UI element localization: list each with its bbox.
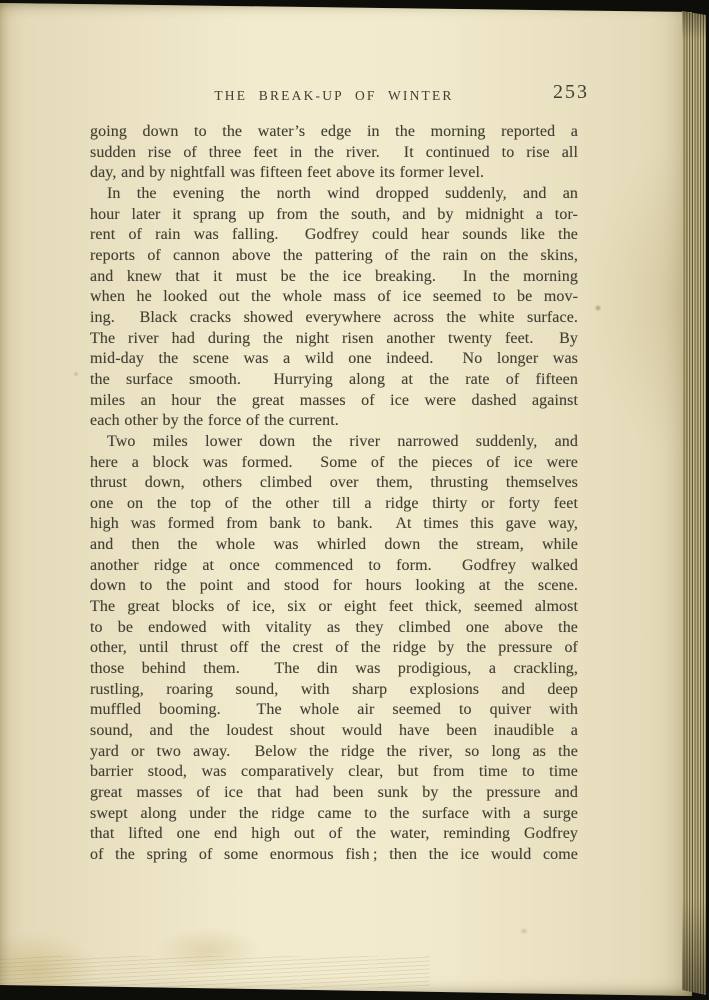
text-line: day, and by nightfall was fifteen feet a… bbox=[90, 163, 578, 184]
running-title: THE BREAK-UP OF WINTER bbox=[214, 88, 453, 104]
text-line: miles an hour the great masses of ice we… bbox=[90, 391, 578, 412]
text-line: The river had during the night risen ano… bbox=[90, 329, 578, 350]
text-line: going down to the water’s edge in the mo… bbox=[90, 122, 578, 143]
page-bottom-edges bbox=[0, 956, 430, 988]
text-line: when he looked out the whole mass of ice… bbox=[90, 287, 578, 308]
text-line: those behind them. The din was prodigiou… bbox=[90, 659, 578, 680]
text-line: thrust down, others climbed over them, t… bbox=[90, 473, 578, 494]
text-line: reports of cannon above the pattering of… bbox=[90, 246, 578, 267]
text-line: swept along under the ridge came to the … bbox=[90, 804, 578, 825]
text-line: yard or two away. Below the ridge the ri… bbox=[90, 742, 578, 763]
text-line: In the evening the north wind dropped su… bbox=[90, 184, 578, 205]
text-line: down to the point and stood for hours lo… bbox=[90, 576, 578, 597]
text-line: rent of rain was falling. Godfrey could … bbox=[90, 225, 578, 246]
text-line: The great blocks of ice, six or eight fe… bbox=[90, 597, 578, 618]
text-line: ing. Black cracks showed everywhere acro… bbox=[90, 308, 578, 329]
text-line: great masses of ice that had been sunk b… bbox=[90, 783, 578, 804]
text-line: other, until thrust off the crest of the… bbox=[90, 638, 578, 659]
page-header: THE BREAK-UP OF WINTER 253 bbox=[90, 84, 578, 108]
text-line: to be endowed with vitality as they clim… bbox=[90, 618, 578, 639]
text-line: rustling, roaring sound, with sharp expl… bbox=[90, 680, 578, 701]
text-line: muffled booming. The whole air seemed to… bbox=[90, 700, 578, 721]
text-line: hour later it sprang up from the south, … bbox=[90, 205, 578, 226]
page-fore-edge bbox=[682, 0, 706, 1000]
text-line: the surface smooth. Hurrying along at th… bbox=[90, 370, 578, 391]
text-line: mid-day the scene was a wild one indeed.… bbox=[90, 349, 578, 370]
text-line: each other by the force of the current. bbox=[90, 411, 578, 432]
book-page: THE BREAK-UP OF WINTER 253 going down to… bbox=[0, 0, 692, 1000]
text-line: here a block was formed. Some of the pie… bbox=[90, 453, 578, 474]
text-line: sudden rise of three feet in the river. … bbox=[90, 143, 578, 164]
text-line: sound, and the loudest shout would have … bbox=[90, 721, 578, 742]
text-line: and knew that it must be the ice breakin… bbox=[90, 267, 578, 288]
text-line: of the spring of some enormous fish ; th… bbox=[90, 845, 578, 866]
text-block: going down to the water’s edge in the mo… bbox=[90, 122, 578, 866]
book-scan: THE BREAK-UP OF WINTER 253 going down to… bbox=[0, 0, 709, 1000]
text-line: Two miles lower down the river narrowed … bbox=[90, 432, 578, 453]
text-line: one on the top of the other till a ridge… bbox=[90, 494, 578, 515]
text-line: high was formed from bank to bank. At ti… bbox=[90, 514, 578, 535]
page-number: 253 bbox=[553, 81, 589, 104]
text-line: another ridge at once commenced to form.… bbox=[90, 556, 578, 577]
text-line: that lifted one end high out of the wate… bbox=[90, 824, 578, 845]
text-line: and then the whole was whirled down the … bbox=[90, 535, 578, 556]
text-line: barrier stood, was comparatively clear, … bbox=[90, 762, 578, 783]
